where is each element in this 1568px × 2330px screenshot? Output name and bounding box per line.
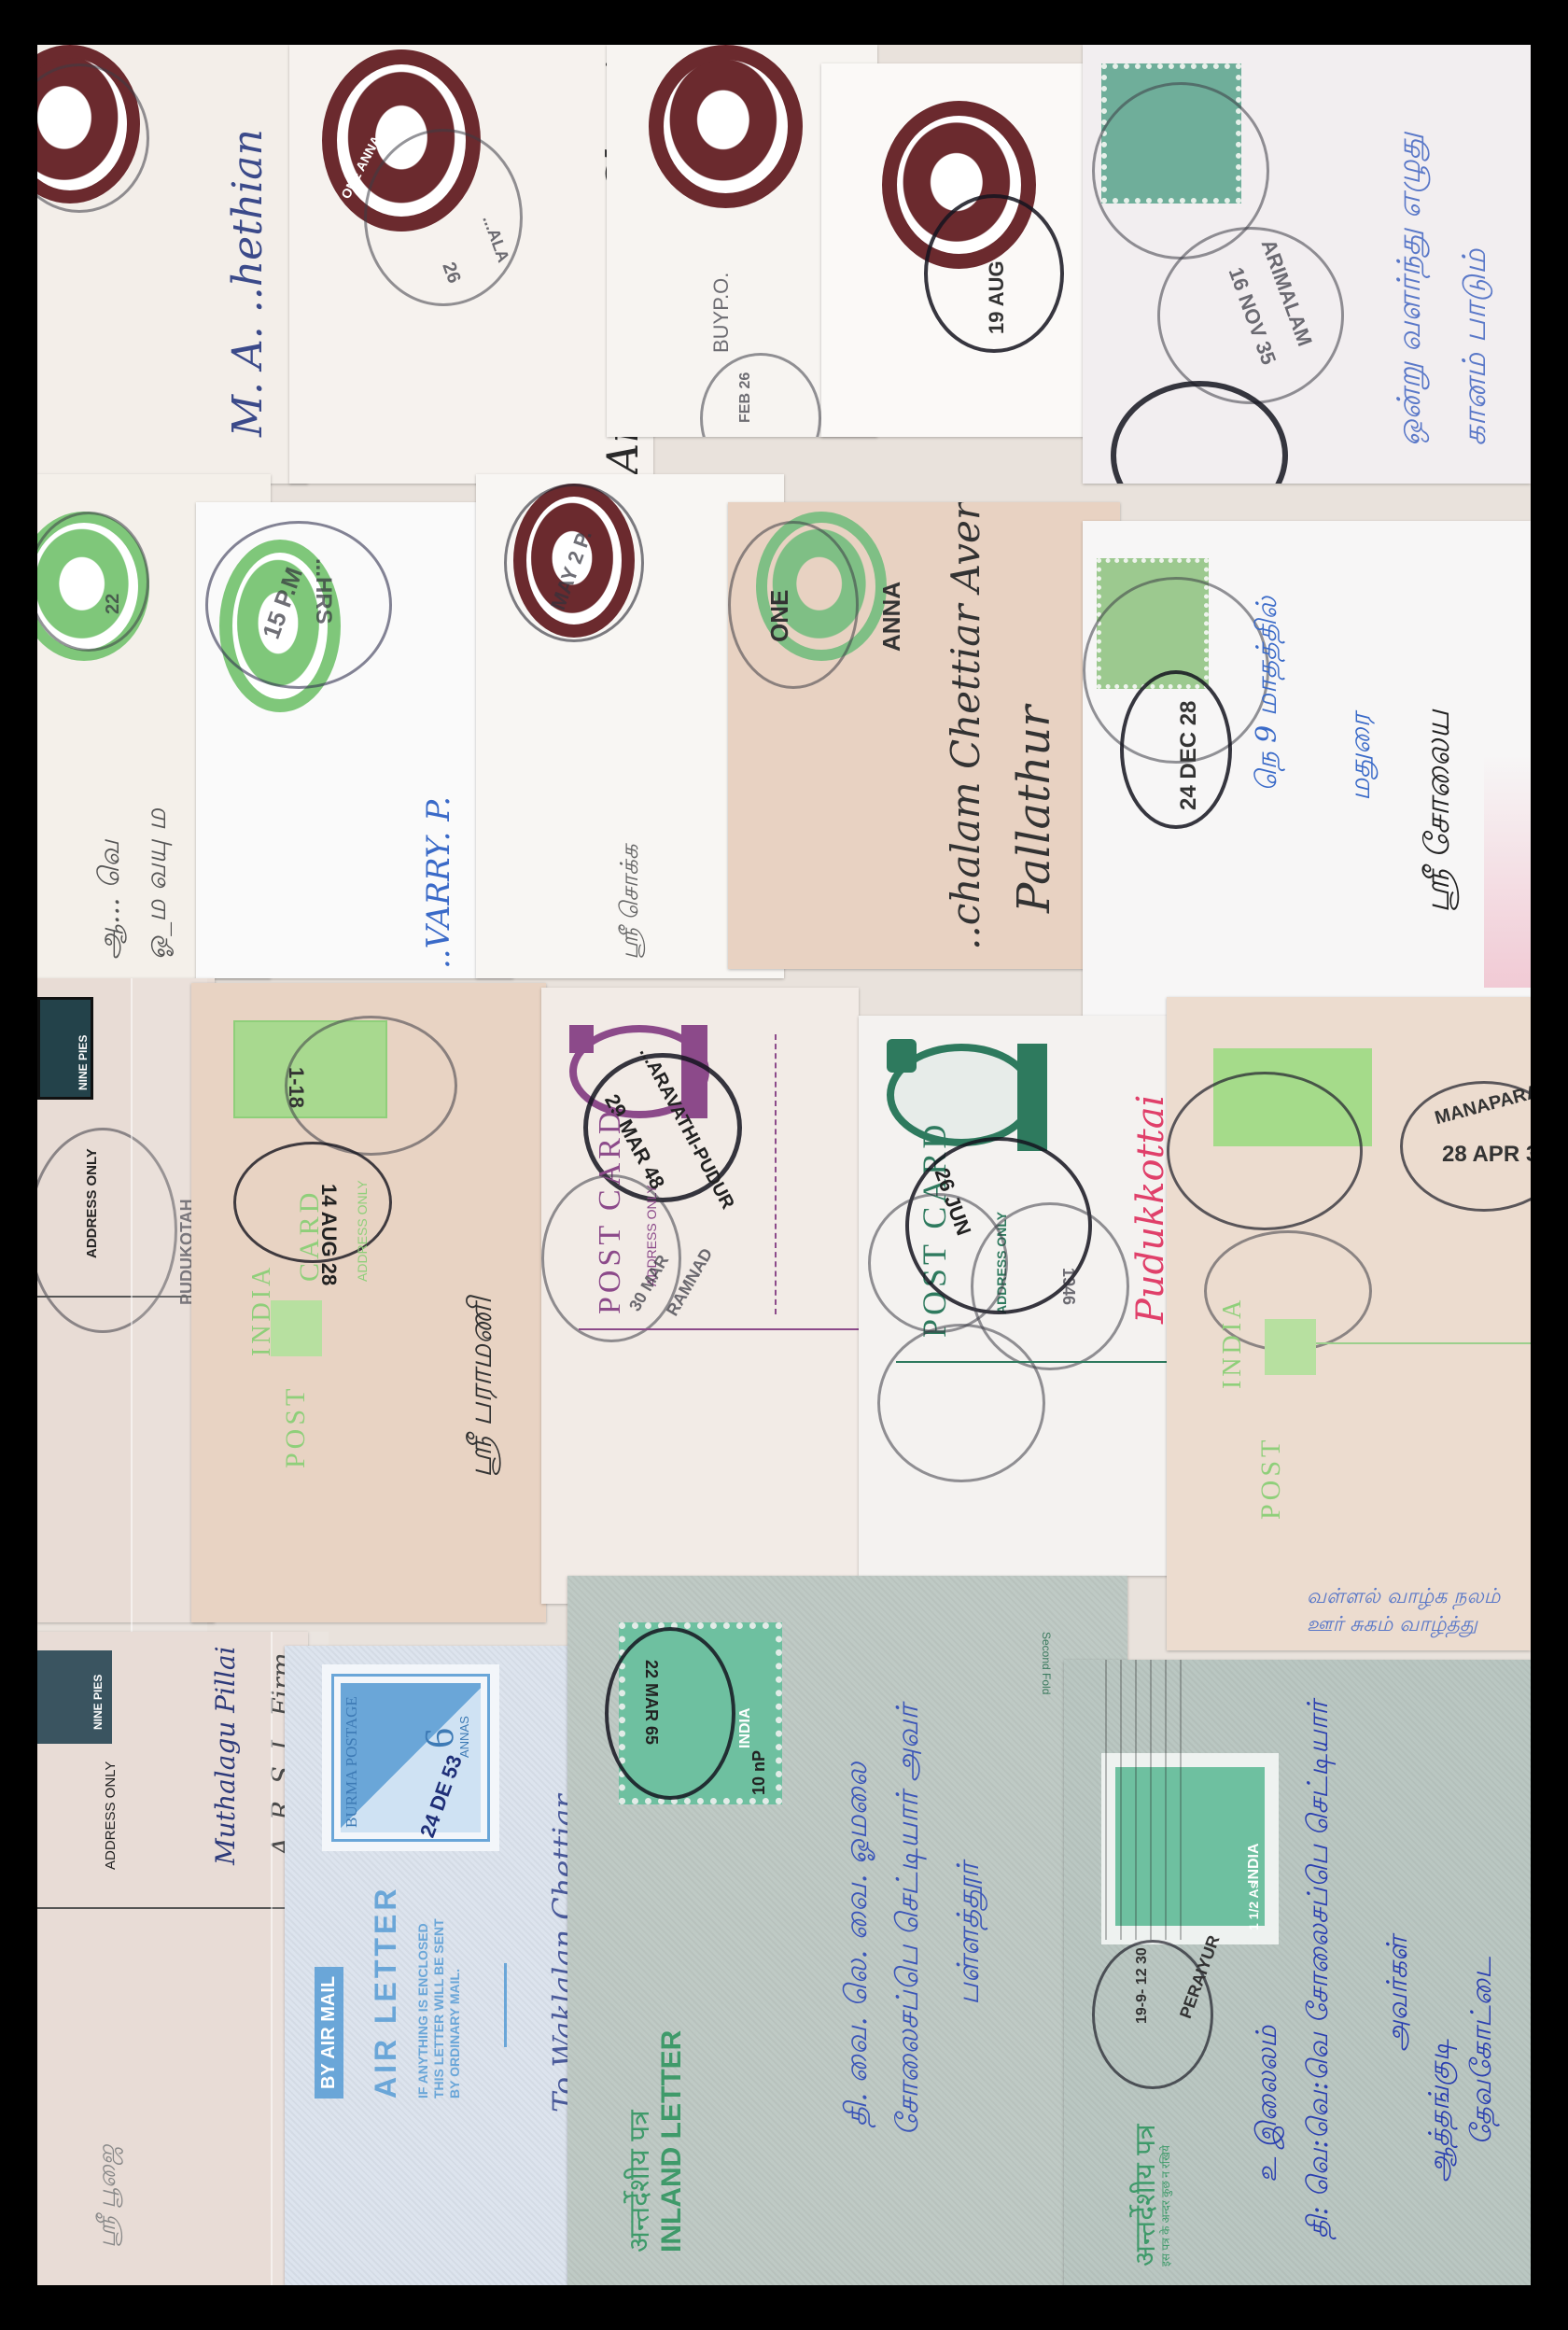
tamil-text: அவர்கள் [1381,1936,1418,2052]
tamil-text: பள்ளத்தூர் [950,1862,989,2005]
dashed-line [775,1034,777,1314]
postmark-fourth [877,1324,1045,1482]
coat-of-arms [271,1300,322,1356]
air-letter-title: AIR LETTER [369,1886,403,2098]
address-only-label: ADDRESS ONLY [103,1762,119,1870]
address-handwriting: ..VARRY. P. [420,796,457,969]
card-label-post: POST [1255,1437,1287,1520]
card-row4-1: NINE PIES ADDRESS ONLY Muthalagu Pillai … [37,1632,308,2285]
tamil-text: ஒன்று வளர்ந்து எழுது [1391,133,1432,446]
divider-line [37,1907,308,1909]
postmark-date: 19 AUG [985,260,1009,334]
inland-letter-2: INDIA 1 1/2 As PERAIYUR 19-9- 12 30 अन्त… [1064,1660,1531,2285]
air-letter: BURMA POSTAGE 6 ANNAS 24 DE 53 BY AIR MA… [285,1646,611,2285]
postmark-date: 19-9- 12 30 [1134,1947,1151,2024]
inland-letter-1: 22 MAR 65 INDIA 10 nP Second Fold अन्तर्… [567,1576,1127,2285]
divider-line [579,1328,859,1330]
inland-title-hindi: अन्तर्देशीय पत्र [619,2110,657,2253]
address-only-label: ADDRESS ONLY [84,1148,100,1258]
card-row3-4: POST CARD ADDRESS ONLY 26 JUN 1946 Puduk… [859,1016,1181,1576]
stamp-country: INDIA [1246,1843,1263,1884]
cover-row1-4: 19 AUG [821,63,1120,437]
tamil-text: வள்ளல் வாழ்க நலம் [1307,1585,1500,1611]
address-handwriting: ..chalam Chettiar Avergal [943,502,988,950]
one-anna-indicia [649,45,803,208]
card-row2-5: 24 DEC 28 நெ 9 மாதத்தில் மதுரை ஸ்ரீ சோலை… [1083,521,1531,1025]
card-label-india: INDIA [1218,1297,1248,1389]
stamp-unit: ANNAS [457,1716,471,1758]
card-row1-5: ARIMALAM 16 NOV 35 ஒன்று வளர்ந்து எழுது … [1083,45,1531,484]
stamp-country: BURMA POSTAGE [343,1696,361,1828]
photo-stage: M. A. ..hethian ONE ANNA 26 ...ALA Aruna… [37,45,1531,2285]
postmark [285,1016,457,1156]
cover-row1-1: M. A. ..hethian [37,45,308,484]
address-handwriting: Muthalagu Pillai [210,1646,241,1865]
tamil-text: தி. வை. லெ. வை. ஓமலை [838,1762,877,2126]
stamp-value: 1 1/2 As [1246,1882,1261,1930]
divider-line [896,1361,1181,1363]
stamp-india-postage-box [1017,1044,1047,1151]
stamp-value: NINE PIES [91,1675,105,1730]
pink-mark [1484,754,1531,988]
card-label-post: POST [280,1385,312,1468]
tamil-text: மதுரை [1344,713,1380,801]
tamil-text: ஓ_ம வயு ம [140,808,176,960]
postmark-date: 24 DEC 28 [1176,701,1202,810]
card-row3-2: 1-18 14 AUG 28 INDIA POST CARD ADDRESS O… [191,983,546,1622]
tamil-text: தி: வெ:வெ:வெ சோலைசப்பெ செட்டியார் [1302,1701,1338,2239]
address-handwriting: M. A. ..hethian [224,129,272,437]
address-handwriting: Pallathur [1008,706,1060,913]
cover-row2-4: ONE ANNA ..chalam Chettiar Avergal Palla… [728,502,1120,969]
card-label-card: CARD [294,1189,326,1282]
by-air-mail-badge: BY AIR MAIL [315,1967,343,2098]
wavy-cancel [1092,1660,1195,1940]
notice-line: THIS LETTER WILL BE SENT [431,1918,446,2098]
postmark [700,353,821,437]
fold-label: Second Fold [1040,1632,1053,1694]
divider-line [1316,1342,1531,1344]
card-row3-5: MANAPARAI 28 APR 31 INDIA POST வள்ளல் வா… [1167,997,1531,1650]
tamil-text: ஸ்ரீ பராமணி [462,1297,503,1478]
rule-line [504,1963,507,2047]
address-only-label: ADDRESS ONLY [355,1180,370,1282]
tamil-text: ஸ்ரீ சொக்க [616,844,647,960]
postmark [37,63,149,213]
postmark [605,1627,735,1800]
tamil-text: ஸ்ரீ சோலைய [1419,710,1462,913]
cover-row1-2: ONE ANNA 26 ...ALA Arunagappa Chettiar A… [289,45,653,484]
stamp-value: NINE PIES [77,1035,90,1090]
inland-title: INLAND LETTER [656,2030,688,2253]
overprint-anna: ANNA [877,582,906,652]
tamil-text: கானம் பாடும் [1456,249,1497,446]
postmark [205,521,392,689]
postmark-date: 28 APR 31 [1442,1142,1531,1168]
stamp-value-box [887,1039,917,1073]
stamp-value-box [569,1025,594,1053]
coat-of-arms [1265,1319,1316,1375]
tamil-text: ஸ்ரீ பூஜை [93,2145,124,2248]
tamil-text: உ இலைலம் [1251,2026,1287,2183]
postmark-town: ...HRS [310,558,336,625]
postmark-date: 22 [103,594,124,614]
slogan-cancel: BUYP.O. [709,273,734,353]
notice-line: BY ORDINARY MAIL. [447,1969,462,2098]
tamil-text: சோலைசப்பெ செட்டியார் அவர் [889,1705,929,2136]
tamil-text: தேவகோட்டை [1465,1957,1502,2145]
card-row3-3: 29 MAR 48 ...ARAVATHI-PUDUR POST CARD AD… [541,988,859,1604]
tamil-text: ஆ... வெ [93,840,130,960]
postmark-date: FEB 26 [737,372,754,423]
postmark-date: 22 MAR 65 [641,1660,661,1745]
tamil-text: ஊர் சுகம் வாழ்த்து [1307,1613,1477,1639]
tamil-text: நெ 9 மாதத்தில் [1251,597,1287,792]
stamp-value: 10 nP [749,1750,769,1795]
stamp-value: 6 [415,1728,463,1748]
tamil-text: ஆத்தங்குடி [1423,2039,1460,2183]
postmark-year: 1946 [1058,1268,1078,1305]
postmark-tiruppattur [1167,1072,1363,1230]
notice-line: IF ANYTHING IS ENCLOSED [415,1923,430,2098]
postmark-date: 1-18 [284,1067,308,1108]
postmark [728,521,859,689]
cover-row2-2: 15 P.M ...HRS ..VARRY. P. [196,502,513,978]
stamp-country: INDIA [737,1707,754,1748]
inland-subtitle-hindi: इस पत्र के अन्दर कुछ न रखिये [1157,2145,1173,2267]
